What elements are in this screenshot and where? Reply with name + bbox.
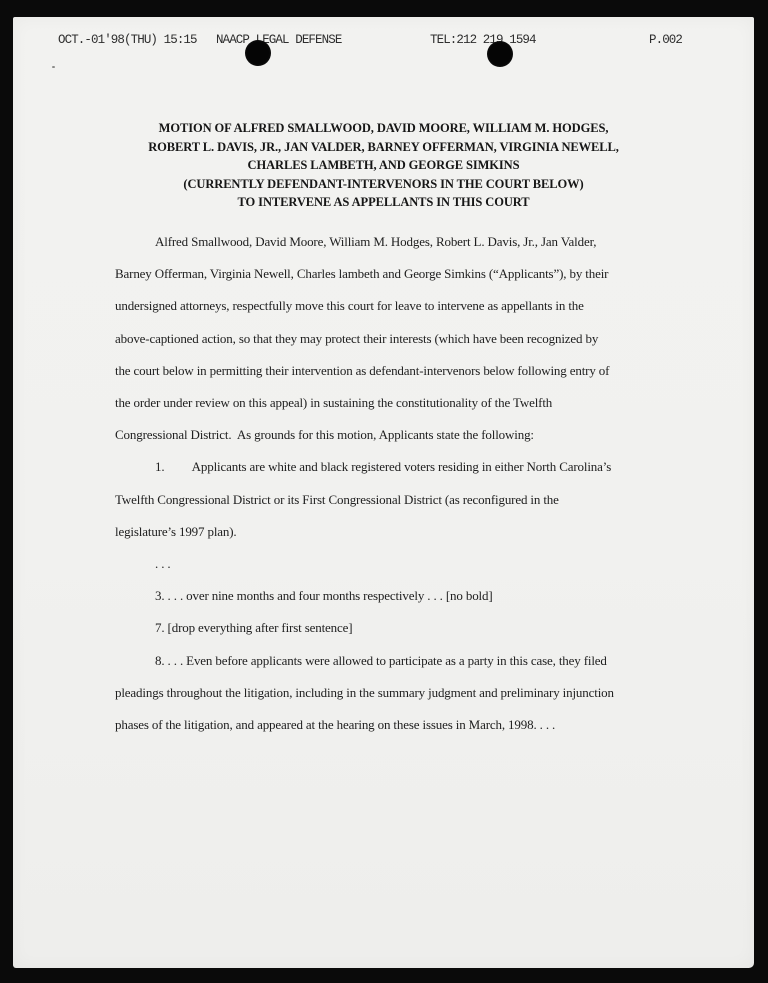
- fax-telephone-number: TEL:212 219 1594: [430, 33, 536, 47]
- title-line-2: ROBERT L. DAVIS, JR., JAN VALDER, BARNEY…: [53, 138, 714, 157]
- document-body: Alfred Smallwood, David Moore, William M…: [115, 226, 663, 741]
- fax-datetime: OCT.-01'98(THU) 15:15: [58, 33, 197, 47]
- fax-scan-canvas: { "scan": { "page_color": "#f1f1ef", "in…: [0, 0, 768, 983]
- body-line: undersigned attorneys, respectfully move…: [115, 290, 663, 322]
- title-line-5: TO INTERVENE AS APPELLANTS IN THIS COURT: [53, 193, 714, 212]
- title-line-3: CHARLES LAMBETH, AND GEORGE SIMKINS: [53, 156, 714, 175]
- fax-transmission-header: OCT.-01'98(THU) 15:15 NAACP LEGAL DEFENS…: [13, 17, 754, 77]
- body-line: the order under review on this appeal) i…: [115, 387, 663, 419]
- body-line: legislature’s 1997 plan).: [115, 516, 663, 548]
- scan-artifact-speck: [52, 66, 55, 68]
- body-line: Twelfth Congressional District or its Fi…: [115, 484, 663, 516]
- title-line-1: MOTION OF ALFRED SMALLWOOD, DAVID MOORE,…: [53, 119, 714, 138]
- body-line: phases of the litigation, and appeared a…: [115, 709, 663, 741]
- body-line: Barney Offerman, Virginia Newell, Charle…: [115, 258, 663, 290]
- title-line-4: (CURRENTLY DEFENDANT-INTERVENORS IN THE …: [53, 175, 714, 194]
- body-line-numbered-1: 1. Applicants are white and black regist…: [115, 451, 663, 483]
- document-title: MOTION OF ALFRED SMALLWOOD, DAVID MOORE,…: [53, 119, 714, 212]
- punch-hole-left: [245, 40, 271, 66]
- body-line: pleadings throughout the litigation, inc…: [115, 677, 663, 709]
- body-line-numbered-3: 3. . . . over nine months and four month…: [115, 580, 663, 612]
- fax-sender-name: NAACP LEGAL DEFENSE: [216, 33, 341, 47]
- body-line: above-captioned action, so that they may…: [115, 323, 663, 355]
- body-line-numbered-8: 8. . . . Even before applicants were all…: [115, 645, 663, 677]
- fax-page-number: P.002: [649, 33, 682, 47]
- body-line-ellipsis: . . .: [115, 548, 663, 580]
- punch-hole-right: [487, 41, 513, 67]
- scanned-fax-page: OCT.-01'98(THU) 15:15 NAACP LEGAL DEFENS…: [13, 17, 754, 968]
- body-line: Alfred Smallwood, David Moore, William M…: [115, 226, 663, 258]
- body-line-numbered-7: 7. [drop everything after first sentence…: [115, 612, 663, 644]
- body-line: Congressional District. As grounds for t…: [115, 419, 663, 451]
- body-line: the court below in permitting their inte…: [115, 355, 663, 387]
